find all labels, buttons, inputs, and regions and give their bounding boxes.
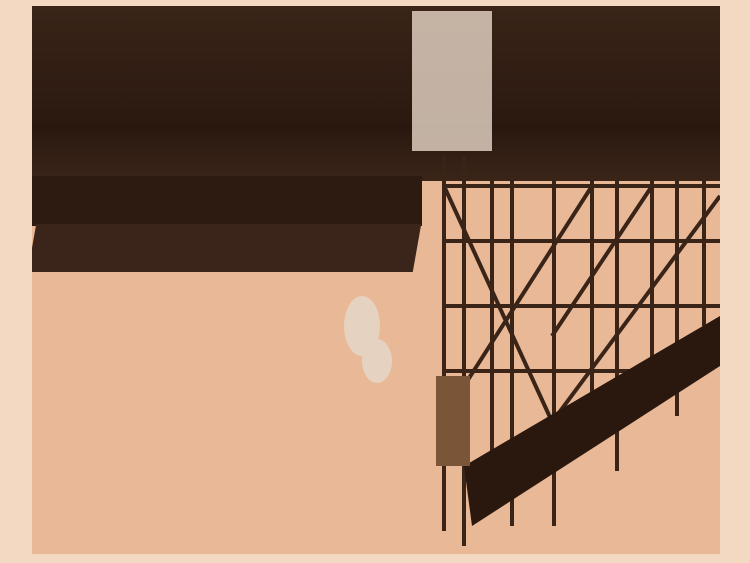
sepia-photograph [32, 6, 720, 554]
scaffolding-tower [32, 6, 720, 554]
